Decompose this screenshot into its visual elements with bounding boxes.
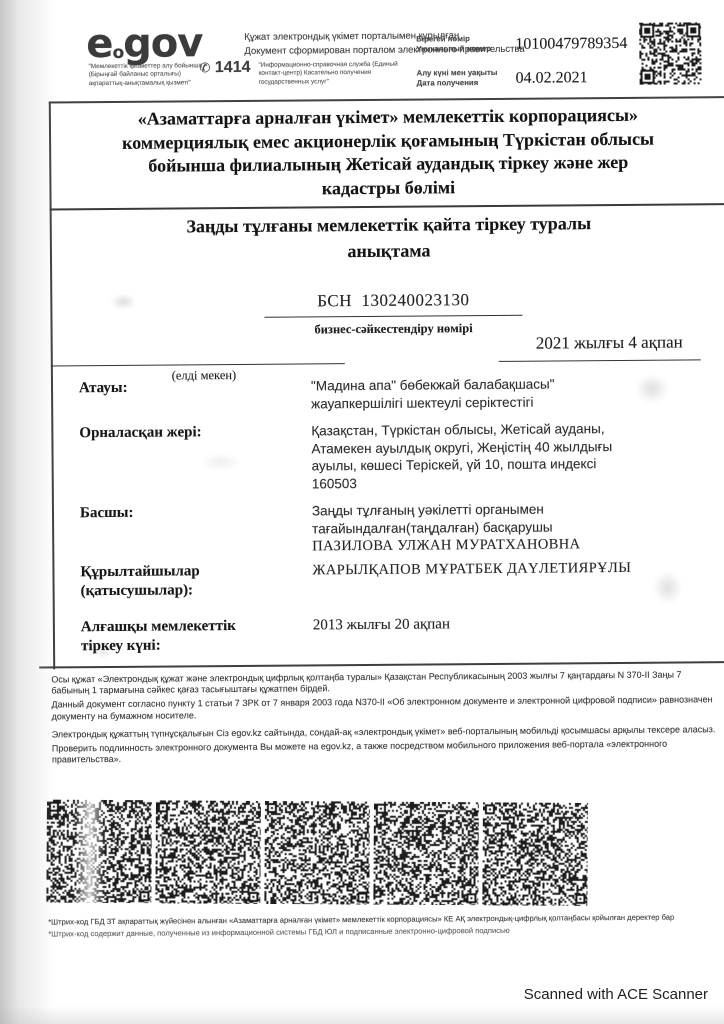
unique-number-label-ru: Уникальный номер [416, 44, 491, 55]
contact-phone: ✆ 1414 [199, 59, 250, 77]
barcode-block [264, 801, 370, 905]
field-label: Құрылтайшылар (қатысушылар): [80, 561, 312, 601]
barcode-strip [46, 800, 595, 906]
scanned-document: eogov Құжат электрондық үкімет порталыме… [0, 0, 724, 1024]
head-person-name: ПАЗИЛОВА УЛЖАН МУРАТХАНОВНА [312, 535, 580, 556]
field-row-founders: Құрылтайшылар (қатысушылар): ЖАРЫЛҚАПОВ … [80, 558, 720, 601]
legal-p1-kk: Осы құжат «Электрондық құжат және электр… [51, 669, 721, 697]
unique-number-value: 10100479789354 [515, 35, 627, 54]
field-value: Заңды тұлғаның уәкілетті органымен тағай… [312, 500, 581, 537]
legal-p2-ru: Данный документ согласно пункту 1 статьи… [51, 695, 721, 723]
field-row-location: Орналасқан жері: Қазақстан, Түркістан об… [79, 419, 720, 494]
receive-date-label-kk: Алу күні мен уақыты [417, 68, 498, 79]
bin-line: БСН 130240023130 [52, 288, 724, 313]
phone-icon: ✆ [199, 60, 210, 75]
contact-center-ru: "Информационно-справочная служба (Единый… [258, 61, 418, 87]
bin-value: 130240023130 [361, 290, 469, 310]
field-label: Алғашқы мемлекеттік тіркеу күні: [81, 616, 313, 656]
field-label: Атауы: [79, 377, 311, 414]
barcode-block [482, 802, 588, 906]
issue-date-underline [499, 359, 701, 362]
legal-notes: Осы құжат «Электрондық құжат және электр… [51, 669, 722, 766]
field-label: Орналасқан жері: [79, 422, 312, 494]
receive-date-label: Алу күні мен уақыты Дата получения [417, 68, 498, 89]
barcode-footnotes: *Штрих-код ГБД ЗТ ақпараттық жүйесінен а… [48, 912, 720, 939]
contact-center-kk: "Мемлекеттік қызметтер алу бойынша (Біры… [88, 62, 202, 88]
unique-number-label: Бірегей нөмір Уникальный номер [416, 34, 491, 55]
field-value-group: Заңды тұлғаның уәкілетті органымен тағай… [312, 500, 581, 556]
egov-logo-gov: gov [123, 20, 203, 67]
receive-date-value: 04.02.2021 [516, 69, 588, 88]
organization-title: «Азаматтарға арналған үкімет» мемлекетті… [37, 103, 724, 203]
barcode-block [373, 802, 479, 906]
field-value: "Мадина апа" бөбекжай балабақшасы" жауап… [311, 375, 555, 412]
egov-logo-dot: o [112, 43, 123, 63]
bin-label: БСН [317, 291, 352, 310]
first-registration-date: 2013 жылғы 20 ақпан [313, 615, 450, 654]
field-value: Қазақстан, Түркістан облысы, Жетісай ауд… [311, 420, 612, 492]
scanner-credit: Scanned with ACE Scanner [524, 986, 708, 1003]
receive-date-label-ru: Дата получения [417, 78, 498, 89]
locality-underline [51, 363, 345, 366]
issue-date: 2021 жылғы 4 ақпан [536, 332, 683, 353]
legal-p4-ru: Проверить подлинность электронного докум… [52, 738, 722, 766]
field-label: Басшы: [80, 502, 312, 558]
field-row-name: Атауы: "Мадина апа" бөбекжай балабақшасы… [79, 374, 719, 414]
barcode-block [155, 800, 261, 904]
certificate-title: Заңды тұлғаны мемлекеттік қайта тіркеу т… [38, 209, 724, 267]
barcode-block [46, 800, 152, 904]
certificate-box: «Азаматтарға арналған үкімет» мемлекетті… [49, 96, 724, 669]
founder-person-name: ЖАРЫЛҚАПОВ МҰРАТБЕК ДАҮЛЕТИЯРҰЛЫ [312, 559, 631, 600]
field-row-head: Басшы: Заңды тұлғаның уәкілетті органыме… [80, 499, 720, 558]
unique-number-label-kk: Бірегей нөмір [416, 34, 491, 45]
egov-logo-e: e [86, 21, 113, 67]
bin-underline [264, 315, 522, 318]
field-list: Атауы: "Мадина апа" бөбекжай балабақшасы… [79, 374, 721, 656]
phone-number: 1414 [215, 59, 251, 76]
qr-code [639, 22, 701, 84]
field-row-first-registration: Алғашқы мемлекеттік тіркеу күні: 2013 жы… [81, 613, 721, 656]
